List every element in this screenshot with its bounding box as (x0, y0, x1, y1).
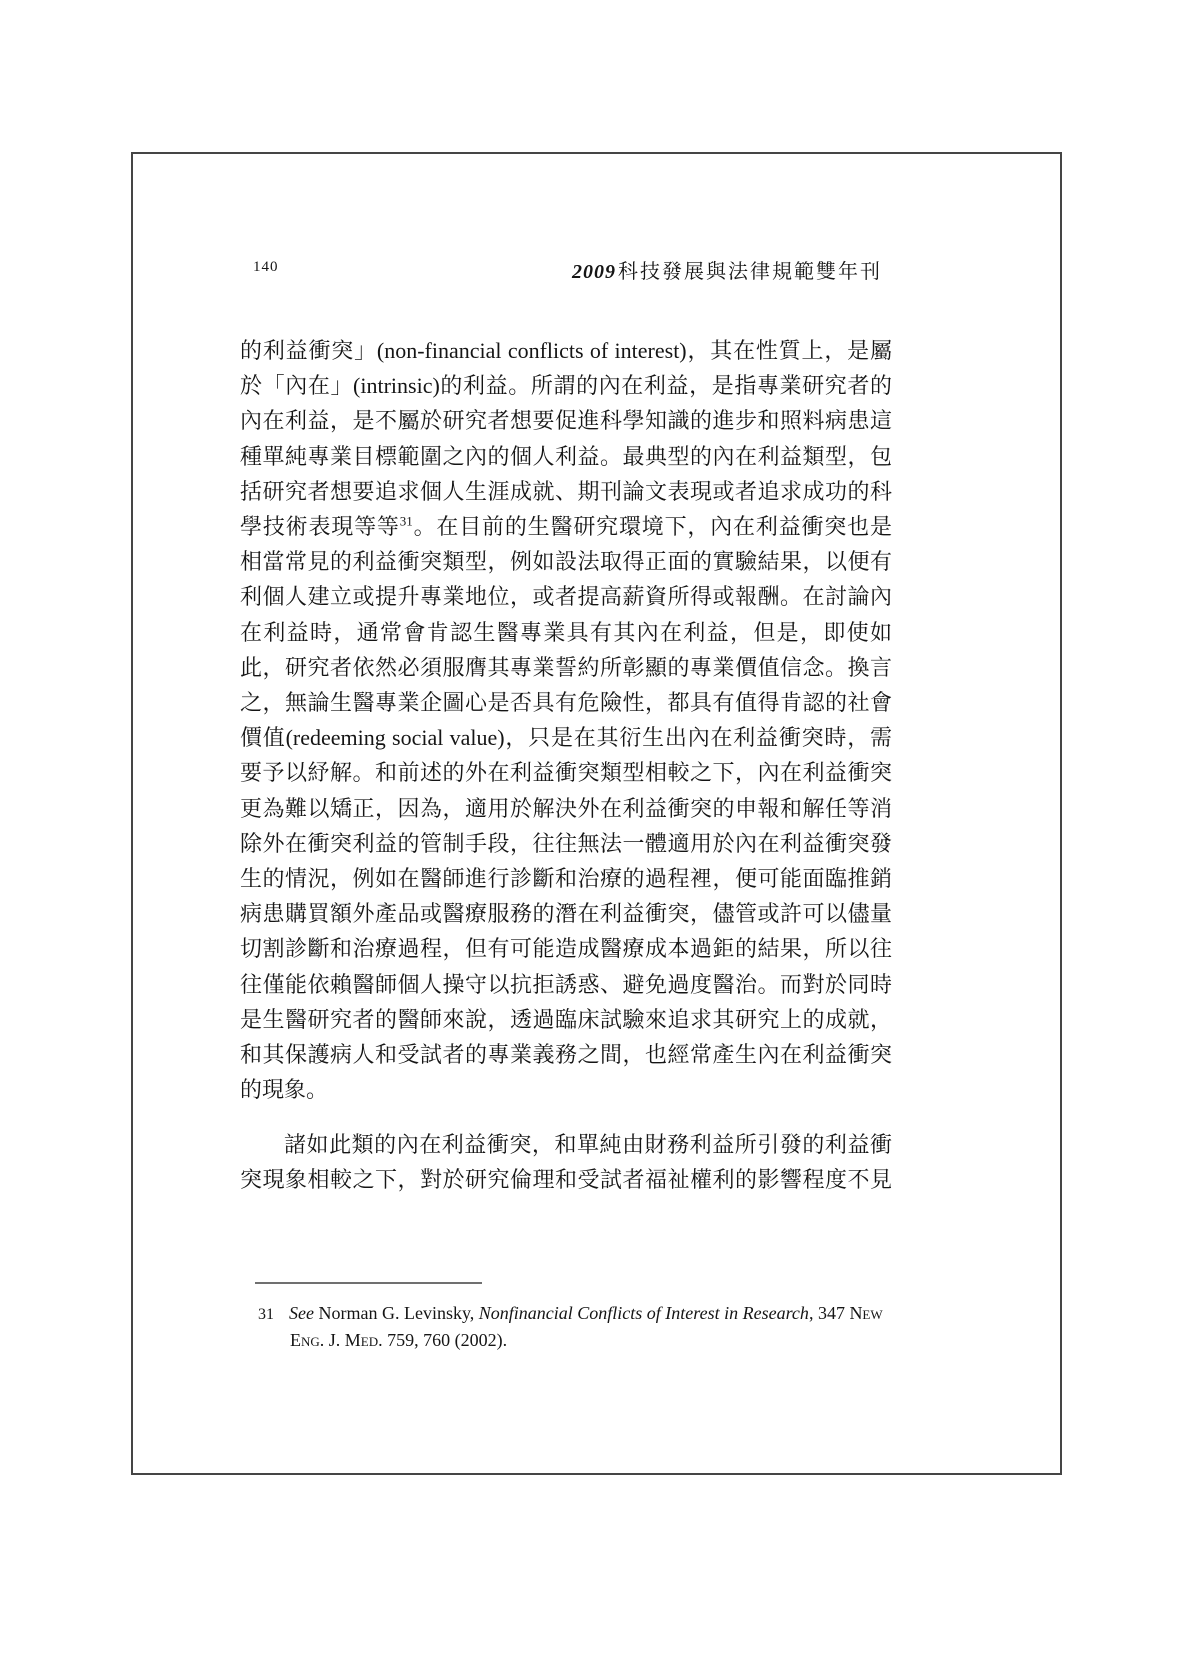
text-line: 是生醫研究者的醫師來說，透過臨床試驗來追求其研究上的成就， (240, 1002, 892, 1038)
text-line: 要予以紓解。和前述的外在利益衝突類型相較之下，內在利益衝突 (240, 755, 892, 791)
text-line: 於「內在」(intrinsic)的利益。所謂的內在利益，是指專業研究者的 (240, 368, 892, 404)
text-line: 和其保護病人和受試者的專業義務之間，也經常產生內在利益衝突 (240, 1037, 892, 1073)
footnote-marker: 31 (258, 1306, 274, 1323)
text-line: 的利益衝突」(non-financial conflicts of intere… (240, 333, 892, 369)
text-line: 切割診斷和治療過程，但有可能造成醫療成本過鉅的結果，所以往 (240, 931, 892, 967)
text-line: 此，研究者依然必須服膺其專業誓約所彰顯的專業價值信念。換言 (240, 650, 892, 686)
footnote-separator (255, 1282, 482, 1284)
footnote-line: 31See Norman G. Levinsky, Nonfinancial C… (258, 1301, 883, 1327)
text-line-paragraph-end: 的現象。 (240, 1072, 892, 1108)
page-number: 140 (253, 259, 279, 276)
footnote-see-signal: See (289, 1303, 314, 1323)
footnote-article-title: Nonfinancial Conflicts of Interest in Re… (479, 1303, 809, 1323)
text-line: 之，無論生醫專業企圖心是否具有危險性，都具有值得肯認的社會 (240, 685, 892, 721)
text-line: 病患購買額外產品或醫療服務的潛在利益衝突，儘管或許可以儘量 (240, 896, 892, 932)
document-page: { "colors": { "text": "#151515", "frame_… (0, 0, 1177, 1664)
text-line: 生的情況，例如在醫師進行診斷和治療的過程裡，便可能面臨推銷 (240, 861, 892, 897)
text-line: 除外在衝突利益的管制手段，往往無法一體適用於內在利益衝突發 (240, 826, 892, 862)
text-line: 括研究者想要追求個人生涯成就、期刊論文表現或者追求成功的科 (240, 474, 892, 510)
text-segment: 學技術表現等等 (240, 514, 400, 539)
footnote-reporter: New (849, 1303, 882, 1323)
text-line: 相當常見的利益衝突類型，例如設法取得正面的實驗結果，以便有 (240, 544, 892, 580)
text-line: 內在利益，是不屬於研究者想要促進科學知識的進步和照料病患這 (240, 403, 892, 439)
text-line-with-footnote-ref: 學技術表現等等31。在目前的生醫研究環境下，內在利益衝突也是 (240, 509, 892, 545)
footnote-reporter: Eng. J. Med. (290, 1330, 383, 1350)
footnote-volume: , 347 (809, 1303, 850, 1323)
text-line: 種單純專業目標範圍之內的個人利益。最典型的內在利益類型，包 (240, 439, 892, 475)
text-line-paragraph-start: 諸如此類的內在利益衝突，和單純由財務利益所引發的利益衝 (240, 1127, 892, 1163)
footnote-line: Eng. J. Med. 759, 760 (2002). (290, 1328, 507, 1352)
text-line: 更為難以矯正，因為，適用於解決外在利益衝突的申報和解任等消 (240, 791, 892, 827)
journal-title: 科技發展與法律規範雙年刊 (618, 261, 882, 283)
text-line: 價值(redeeming social value)，只是在其衍生出內在利益衝突… (240, 720, 892, 756)
footnote-authors: Norman G. Levinsky, (314, 1303, 479, 1323)
journal-header: 2009科技發展與法律規範雙年刊 (572, 255, 882, 284)
text-segment: 。在目前的生醫研究環境下，內在利益衝突也是 (413, 514, 892, 539)
page-frame: 140 2009科技發展與法律規範雙年刊 的利益衝突」(non-financia… (131, 152, 1062, 1475)
text-line: 在利益時，通常會肯認生醫專業具有其內在利益，但是，即使如 (240, 615, 892, 651)
footnote-pages: 759, 760 (2002). (383, 1330, 508, 1350)
text-line: 利個人建立或提升專業地位，或者提高薪資所得或報酬。在討論內 (240, 579, 892, 615)
text-line: 往僅能依賴醫師個人操守以抗拒誘惑、避免過度醫治。而對於同時 (240, 967, 892, 1003)
journal-year: 2009 (572, 261, 616, 283)
text-line: 突現象相較之下，對於研究倫理和受試者福祉權利的影響程度不見 (240, 1162, 892, 1198)
footnote-superscript: 31 (400, 514, 413, 529)
